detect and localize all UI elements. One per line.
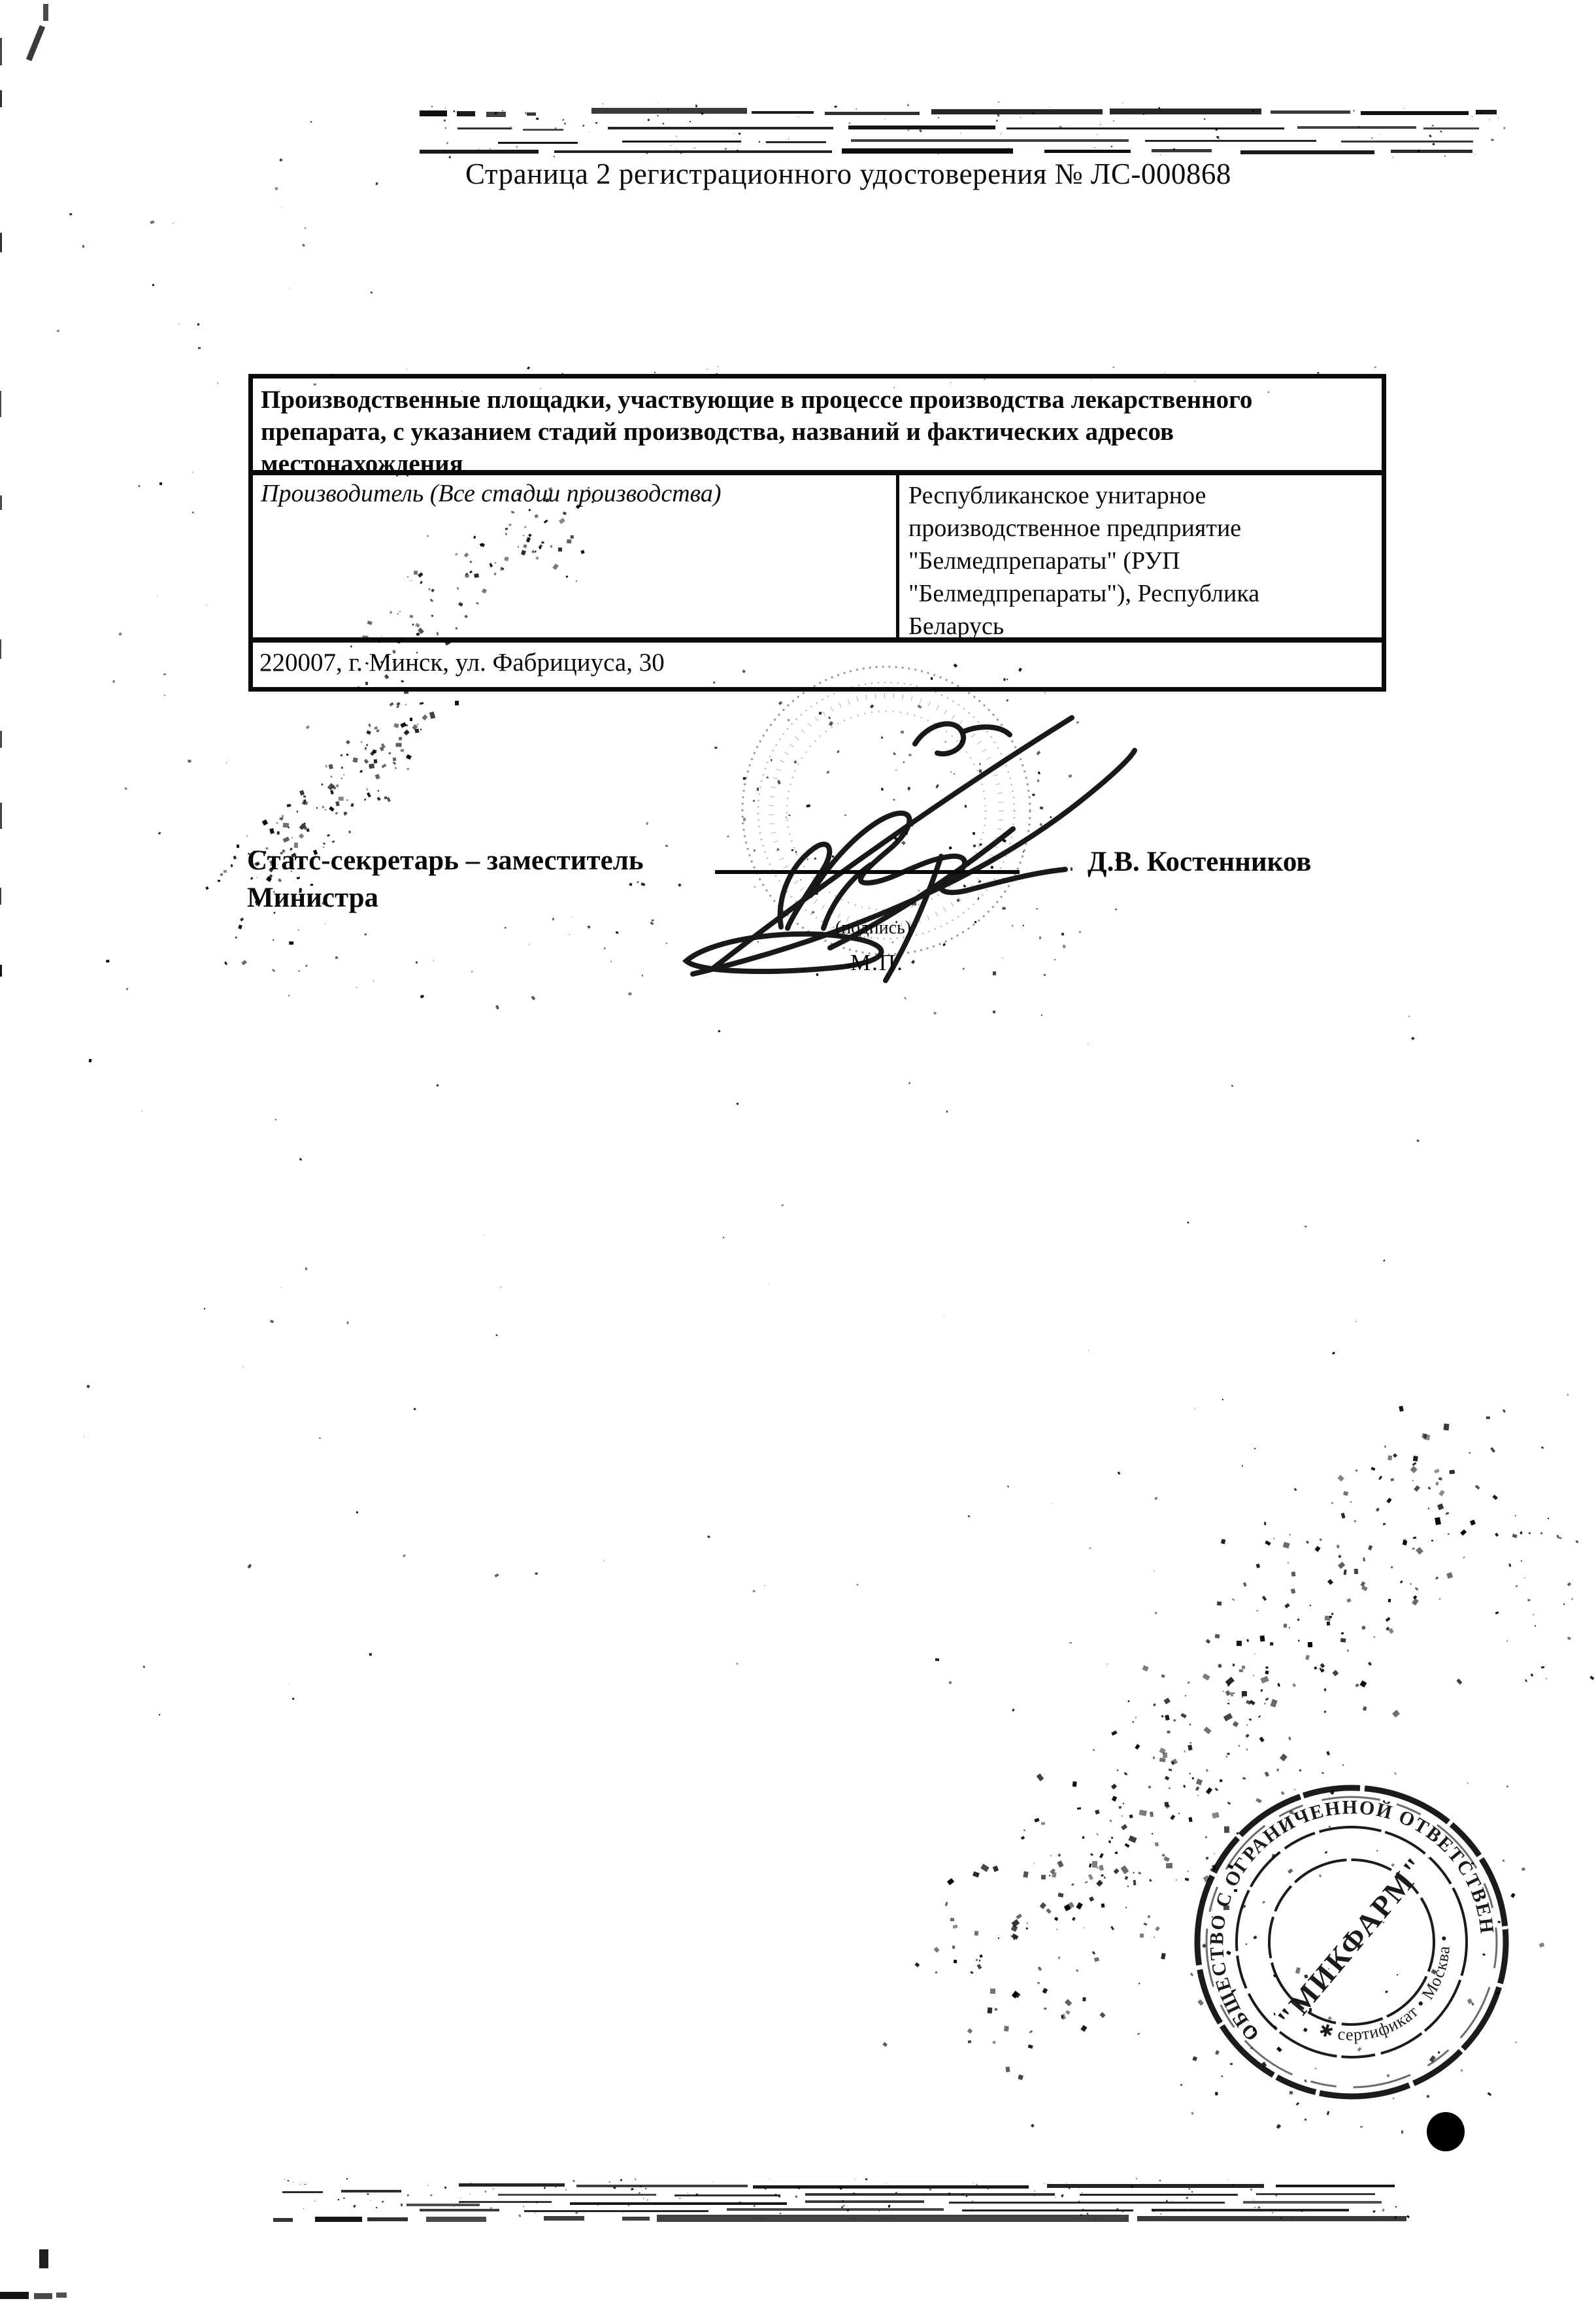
signature-scribble [614, 667, 1150, 994]
producer-value-cell: Республиканское унитарное производственн… [896, 475, 1382, 637]
producer-label-cell: Производитель (Все стадии производства) [253, 475, 896, 637]
stamp-outer-ring-text: ОБЩЕСТВО С ОГРАНИЧЕННОЙ ОТВЕТСТВЕННОСТЬЮ… [1188, 1779, 1498, 2045]
signature-line [715, 870, 1020, 874]
signer-title: Статс-секретарь – заместитель Министра [247, 842, 644, 916]
signature-caption: (подпись) [808, 918, 939, 939]
signer-title-line1: Статс-секретарь – заместитель [247, 842, 644, 879]
black-dot-mark [1427, 2112, 1465, 2151]
table-producer-row: Производитель (Все стадии производства) … [253, 475, 1382, 643]
company-round-stamp: ОБЩЕСТВО С ОГРАНИЧЕННОЙ ОТВЕТСТВЕННОСТЬЮ… [1188, 1779, 1515, 2106]
signer-title-line2: Министра [247, 879, 644, 916]
producer-value-text: Республиканское унитарное производственн… [908, 479, 1291, 643]
production-sites-table: Производственные площадки, участвующие в… [248, 374, 1386, 692]
table-header-cell: Производственные площадки, участвующие в… [253, 378, 1382, 475]
page-header-text: Страница 2 регистрационного удостоверени… [465, 157, 1231, 191]
scanned-document-page: Страница 2 регистрационного удостоверени… [0, 0, 1596, 2301]
seal-placeholder-caption: М.П. [812, 950, 942, 976]
